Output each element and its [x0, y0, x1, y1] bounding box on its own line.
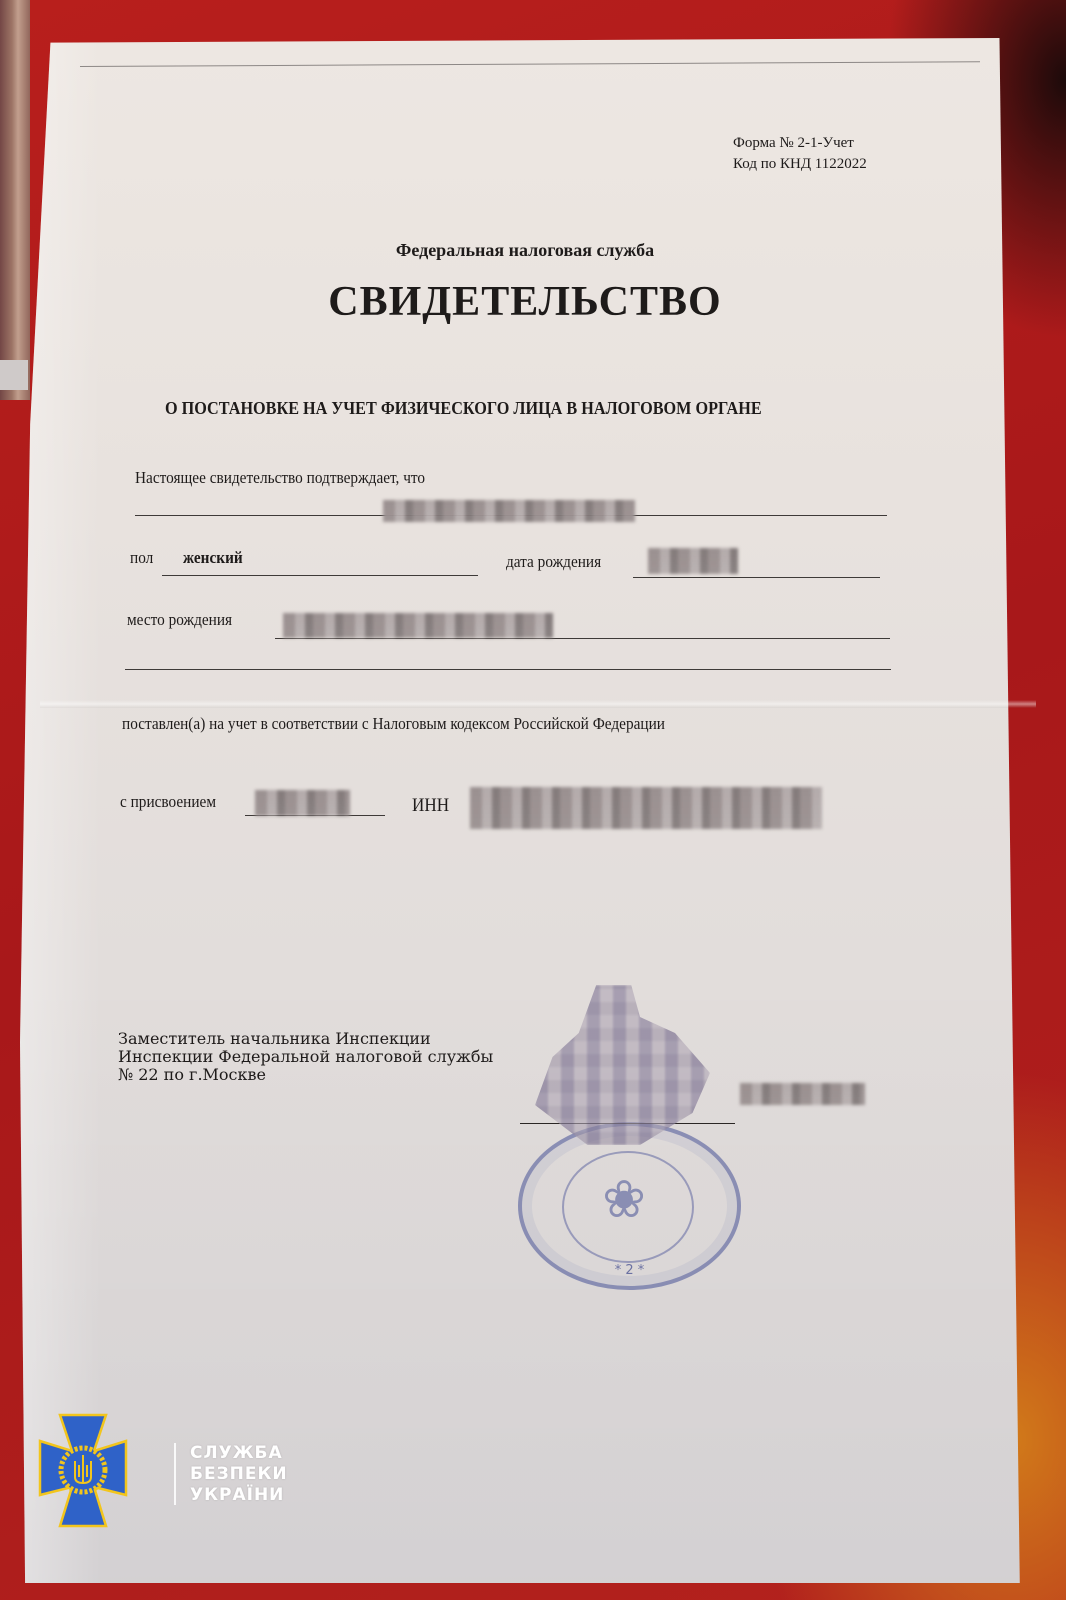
form-number: Форма № 2-1-Учет	[733, 133, 867, 154]
sbu-name-line2: БЕЗПЕКИ	[190, 1464, 288, 1485]
signatory-line2: Инспекции Федеральной налоговой службы	[118, 1048, 493, 1066]
birth-place-underline	[275, 638, 890, 639]
sex-label: пол	[130, 548, 153, 568]
signatory-line3: № 22 по г.Москве	[118, 1066, 493, 1084]
registration-text: поставлен(а) на учет в соответствии с На…	[122, 714, 665, 734]
birth-place-label: место рождения	[127, 610, 232, 630]
stamp-number: * 2 *	[522, 1263, 737, 1278]
full-name-redacted	[383, 500, 635, 522]
background-object	[0, 0, 30, 400]
birth-date-redacted	[648, 548, 738, 574]
signatory-block: Заместитель начальника Инспекции Инспекц…	[118, 1030, 493, 1084]
signatory-name-redacted	[740, 1083, 865, 1105]
watermark-divider	[174, 1443, 176, 1505]
paper-fold	[40, 700, 1036, 708]
sbu-watermark: СЛУЖБА БЕЗПЕКИ УКРАЇНИ	[38, 1413, 318, 1533]
double-headed-eagle-icon: ❀	[594, 1166, 654, 1236]
form-meta: Форма № 2-1-Учет Код по КНД 1122022	[733, 133, 867, 175]
knd-code: Код по КНД 1122022	[733, 154, 867, 175]
document-title: СВИДЕТЕЛЬСТВО	[0, 278, 1050, 326]
birth-date-label: дата рождения	[506, 552, 601, 572]
birth-place-redacted	[283, 613, 553, 638]
sbu-name: СЛУЖБА БЕЗПЕКИ УКРАЇНИ	[190, 1443, 288, 1506]
inn-value-redacted	[470, 787, 822, 829]
sex-value: женский	[183, 548, 243, 568]
signatory-line1: Заместитель начальника Инспекции	[118, 1030, 493, 1048]
sbu-name-line3: УКРАЇНИ	[190, 1485, 288, 1506]
sbu-cross-trident-icon	[38, 1413, 128, 1528]
birth-place-underline-2	[125, 669, 891, 670]
assignment-date-redacted	[255, 790, 350, 816]
birth-date-underline	[633, 577, 880, 578]
official-stamp: ❀ * 2 *	[518, 1122, 741, 1290]
agency-name: Федеральная налоговая служба	[0, 240, 1050, 261]
assignment-label: с присвоением	[120, 792, 216, 812]
intro-text: Настоящее свидетельство подтверждает, чт…	[135, 468, 425, 488]
document-subtitle: О ПОСТАНОВКЕ НА УЧЕТ ФИЗИЧЕСКОГО ЛИЦА В …	[165, 398, 762, 419]
sbu-name-line1: СЛУЖБА	[190, 1443, 288, 1464]
sex-underline	[162, 575, 478, 576]
inn-label: ИНН	[412, 795, 449, 817]
background-object-edge	[0, 360, 28, 390]
